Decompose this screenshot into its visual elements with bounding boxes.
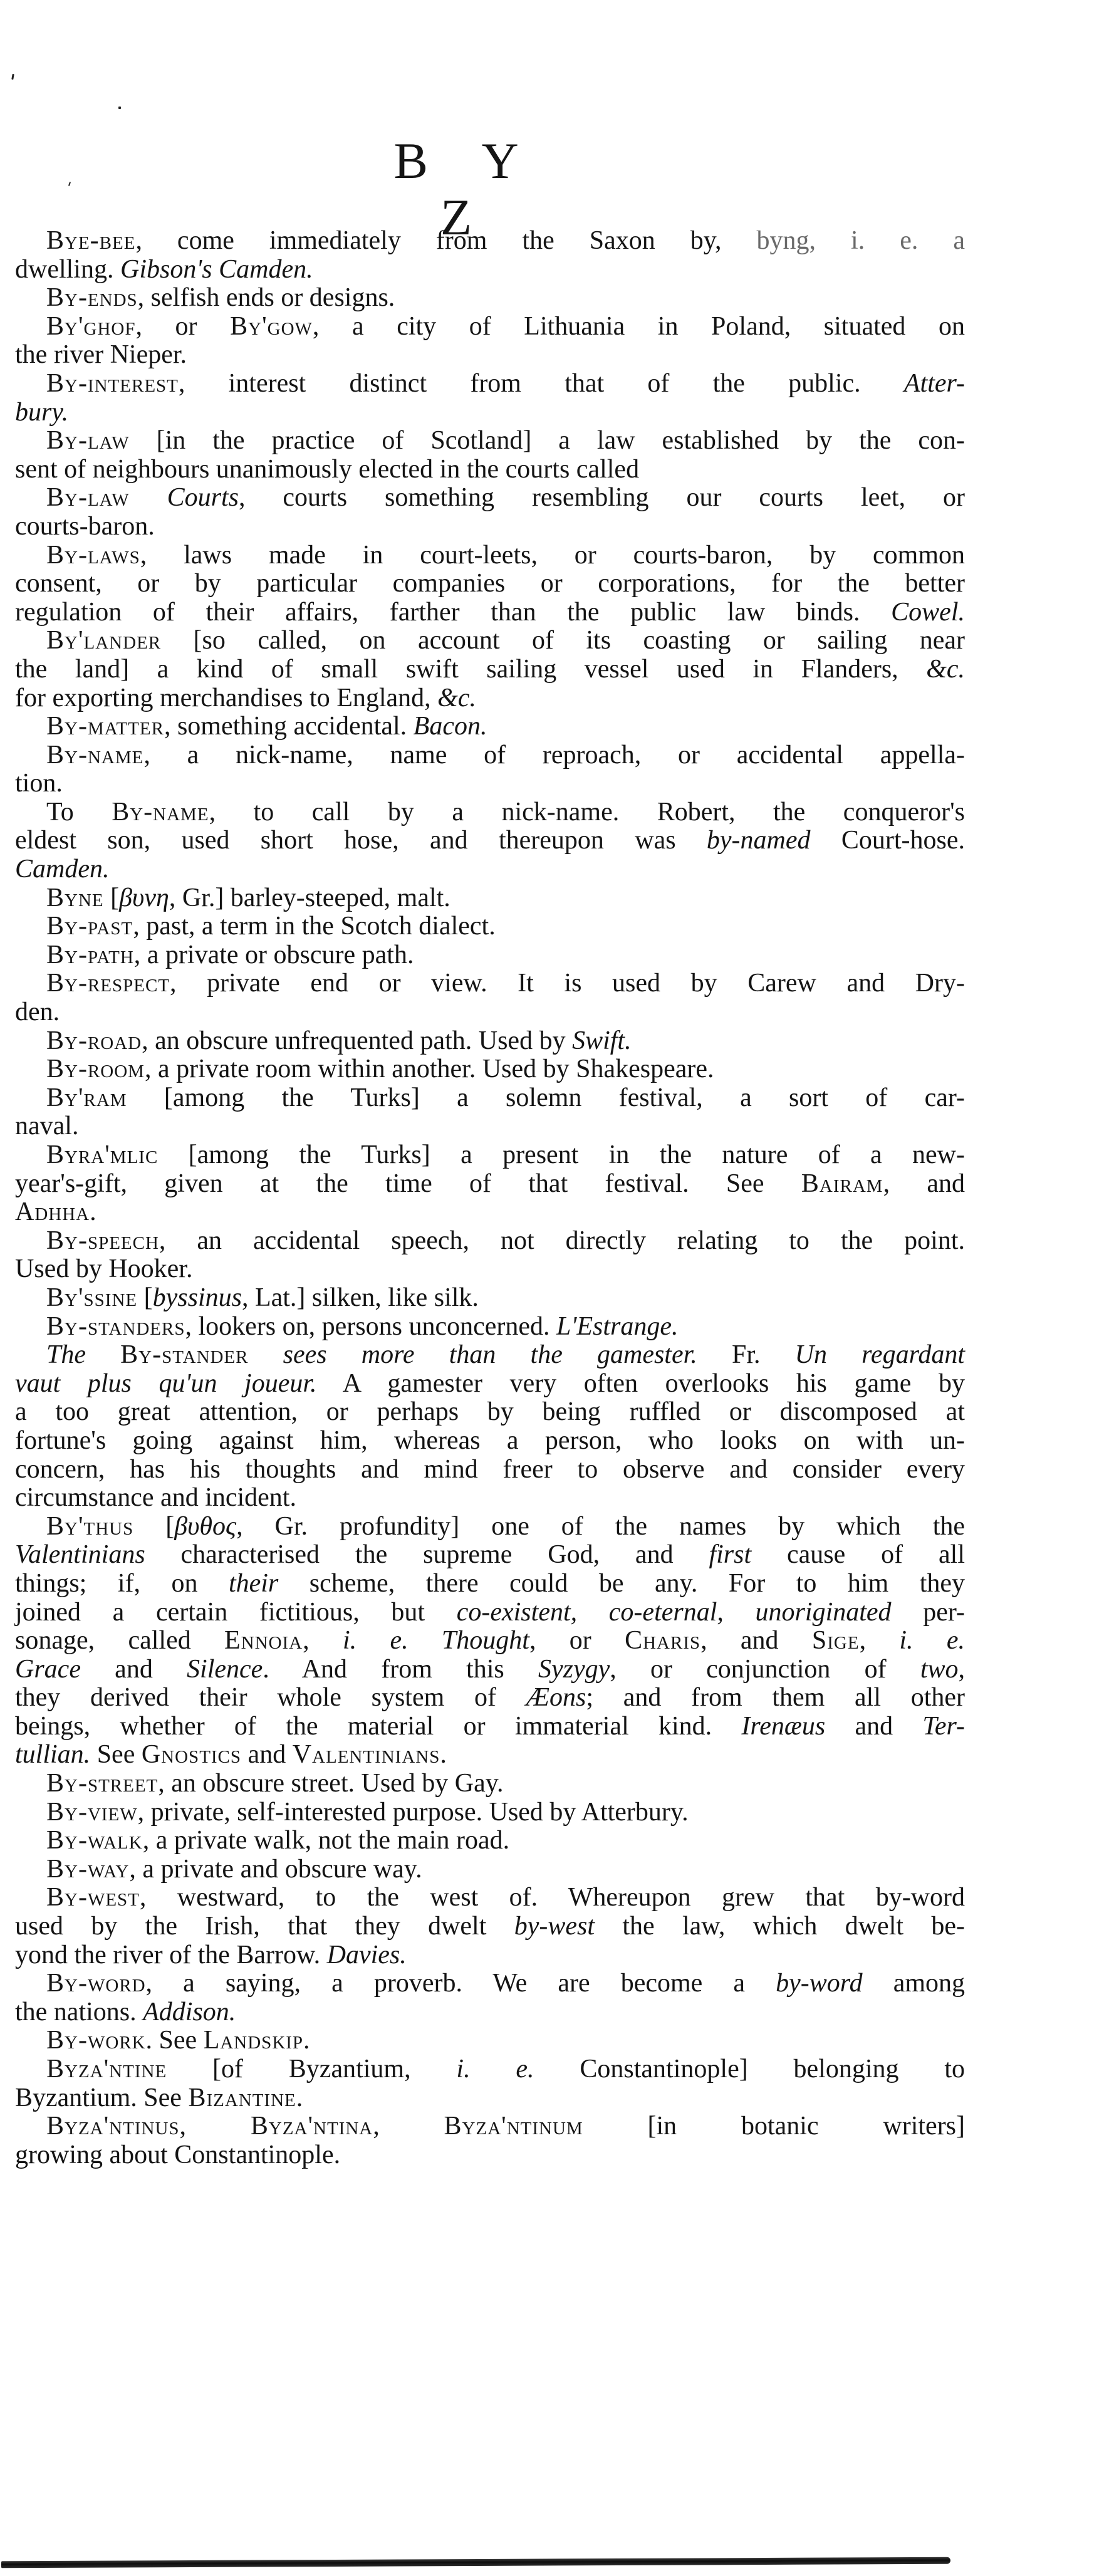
text-line: By'thus [βυθος, Gr. profundity] one of t… [15,1513,965,1541]
italic-run: Ter- [922,1712,965,1741]
text-run: the land] a kind of small swift sailing … [15,655,926,684]
dictionary-entry: By'ram [among the Turks] a solemn festiv… [15,1084,965,1141]
italic-run: &c. [926,655,965,684]
text-line: By-speech, an accidental speech, not dir… [15,1227,965,1256]
dictionary-entry: By-interest, interest distinct from that… [15,370,965,427]
italic-run: Cowel. [891,598,965,627]
text-line: sonage, called Ennoia, i. e. Thought, or… [15,1627,965,1656]
text-run: , a city of Lithuania in Poland, situate… [313,312,965,341]
text-line: used by the Irish, that they dwelt by-we… [15,1912,965,1941]
dictionary-entry: Byza'ntinus, Byza'ntina, Byza'ntinum [in… [15,2112,965,2169]
text-line: courts-baron. [15,513,965,541]
text-line: growing about Constantinople. [15,2141,965,2170]
text-line: regulation of their affairs, farther tha… [15,598,965,627]
headword: Sige [812,1626,860,1655]
text-run: , come immediately from the Saxon by, [135,226,756,255]
text-run: joined a certain fictitious, but [15,1598,457,1627]
scan-speck [68,182,71,186]
dictionary-entry: Byra'mlic [among the Turks] a present in… [15,1141,965,1227]
text-run: , an obscure street. Used by Gay. [158,1769,503,1798]
headword: Byne [46,884,104,912]
headword: By-walk [46,1826,143,1855]
text-run: . And from this [263,1655,538,1684]
dictionary-entry: By-road, an obscure unfrequented path. U… [15,1027,965,1056]
text-line: By-interest, interest distinct from that… [15,370,965,399]
italic-run: Addison. [143,1998,236,2026]
headword: By-way [46,1855,129,1884]
headword: Byza'ntinus [46,2112,180,2141]
text-run: and [825,1712,922,1741]
text-line: bury. [15,399,965,427]
dictionary-entry: Byza'ntine [of Byzantium, i. e. Constant… [15,2055,965,2112]
dictionary-entry: By-ends, selfish ends or designs. [15,284,965,313]
text-line: By-past, past, a term in the Scotch dial… [15,912,965,941]
text-run: , courts something resembling our courts… [239,483,965,512]
text-run: , lookers on, persons unconcerned. [185,1312,556,1341]
text-line: To By-name, to call by a nick-name. Robe… [15,798,965,827]
text-run: , and [700,1626,812,1655]
text-run: courts-baron. [15,512,155,541]
text-run: , laws made in court-leets, or courts-ba… [140,541,965,570]
dictionary-entry: By-name, a nick-name, name of reproach, … [15,741,965,798]
italic-run: i. e. [456,2055,534,2083]
text-line: Adhha. [15,1198,965,1227]
text-run: growing about Constantinople. [15,2141,340,2169]
text-line: By-view, private, self-interested purpos… [15,1798,965,1827]
headword: By'ssine [46,1283,137,1312]
headword: Ennoia [224,1626,303,1655]
italic-run: Un regardant [795,1340,965,1369]
text-run: [so called, on account of its coasting o… [161,626,965,655]
text-run: the river Nieper. [15,340,187,369]
text-line: Valentinians characterised the supreme G… [15,1541,965,1570]
text-run: beings, whether of the material or immat… [15,1712,741,1741]
dictionary-entry: By-walk, a private walk, not the main ro… [15,1827,965,1855]
text-run: , an obscure unfrequented path. Used by [142,1026,572,1055]
text-line: joined a certain fictitious, but co-exis… [15,1598,965,1627]
text-line: tion. [15,769,965,798]
italic-run: Gibson's Camden. [120,255,313,284]
headword: By'thus [46,1512,133,1541]
text-run: , private, self-interested purpose. Used… [138,1798,689,1827]
headword: By-name [112,798,209,827]
text-run: eldest son, used short hose, and thereup… [15,826,707,855]
text-line: dwelling. Gibson's Camden. [15,256,965,284]
text-run: , a saying, a proverb. We are become a [146,1969,776,1998]
text-line: By-way, a private and obscure way. [15,1855,965,1884]
text-run: tion. [15,769,63,798]
headword: By-work [46,2026,146,2055]
dictionary-entry: By-law [in the practice of Scotland] a l… [15,427,965,484]
dictionary-entry: By-view, private, self-interested purpos… [15,1798,965,1827]
italic-run: by-west [514,1912,595,1941]
text-line: year's-gift, given at the time of that f… [15,1170,965,1199]
text-line: By-ends, selfish ends or designs. [15,284,965,313]
scan-speck [11,74,14,80]
text-run: the law, which dwelt be- [595,1912,965,1941]
dictionary-entry: By'ssine [byssinus, Lat.] silken, like s… [15,1284,965,1313]
text-line: Used by Hooker. [15,1255,965,1284]
text-run: , a private walk, not the main road. [143,1826,509,1855]
italic-run: i. e. Thought [343,1626,529,1655]
text-run: sent of neighbours unanimously elected i… [15,455,639,484]
dictionary-entry: By-standers, lookers on, persons unconce… [15,1313,965,1342]
italic-run: i. e. [899,1626,965,1655]
text-run: and [241,1740,293,1769]
text-line: naval. [15,1112,965,1141]
headword: By-street [46,1769,158,1798]
text-line: Grace and Silence. And from this Syzygy,… [15,1656,965,1684]
italic-run: vaut plus qu'un joueur. [15,1369,317,1398]
headword: By-law [46,426,130,455]
dictionary-entry: To By-name, to call by a nick-name. Robe… [15,798,965,884]
dictionary-entry: By-path, a private or obscure path. [15,941,965,970]
text-run: , [860,1626,900,1655]
headword: By-word [46,1969,146,1998]
headword: By-west [46,1883,140,1912]
text-line: By-street, an obscure street. Used by Ga… [15,1770,965,1798]
scan-speck [118,107,121,109]
headword: By-stander [120,1340,248,1369]
italic-run: co-existent, co-eternal, unoriginated [457,1598,892,1627]
italic-run: Davies. [327,1941,407,1969]
text-run: Fr. [697,1340,795,1369]
headword: Byra'mlic [46,1140,158,1169]
headword: By-past [46,912,133,941]
text-run: , past, a term in the Scotch dialect. [133,912,495,941]
italic-run: Silence [187,1655,263,1684]
text-run: fortune's going against him, whereas a p… [15,1426,965,1455]
text-line: By-work. See Landskip. [15,2026,965,2055]
dictionary-entry: By-west, westward, to the west of. Where… [15,1884,965,1969]
text-line: things; if, on their scheme, there could… [15,1570,965,1598]
text-line: a too great attention, or perhaps by bei… [15,1398,965,1427]
text-run: [ [137,1283,153,1312]
text-line: tullian. See Gnostics and Valentinians. [15,1741,965,1770]
headword: Charis [625,1626,700,1655]
text-line: beings, whether of the material or immat… [15,1713,965,1741]
text-line: fortune's going against him, whereas a p… [15,1427,965,1456]
text-line: Byza'ntine [of Byzantium, i. e. Constant… [15,2055,965,2084]
text-line: den. [15,998,965,1027]
text-run: yond the river of the Barrow. [15,1941,327,1969]
text-run: concern, has his thoughts and mind freer… [15,1455,965,1484]
italic-run: Bacon. [414,712,487,741]
headword: By-speech [46,1226,159,1255]
headword: By-view [46,1798,138,1827]
text-line: By-path, a private or obscure path. [15,941,965,970]
headword: By'ram [46,1083,127,1112]
text-run: . See [146,2026,204,2055]
text-run: , a nick-name, name of reproach, or acci… [143,741,965,769]
italic-run: Grace [15,1655,81,1684]
text-run: , selfish ends or designs. [138,283,395,312]
headword: By-interest [46,369,179,398]
text-run: , Gr. profundity] one of the names by wh… [236,1512,965,1541]
text-line: Byra'mlic [among the Turks] a present in… [15,1141,965,1170]
text-line: By-word, a saying, a proverb. We are bec… [15,1969,965,1998]
text-run: sonage, called [15,1626,224,1655]
italic-run: bury. [15,398,68,427]
text-line: Bye-bee, come immediately from the Saxon… [15,227,965,256]
text-run: , [303,1626,343,1655]
text-line: By-respect, private end or view. It is u… [15,969,965,998]
text-run: they derived their whole system of [15,1683,526,1712]
italic-run: Syzygy [538,1655,610,1684]
text-run: , Lat.] silken, like silk. [242,1283,479,1312]
headword: Bizantine. [188,2083,303,2112]
text-run: den. [15,998,60,1026]
text-run: , [373,2112,444,2141]
text-line: By-laws, laws made in court-leets, or co… [15,541,965,570]
text-line: yond the river of the Barrow. Davies. [15,1941,965,1970]
headword: By-standers [46,1312,185,1341]
text-run: characterised the supreme God, and [145,1540,709,1569]
text-run: naval. [15,1112,78,1140]
italic-run: sees more than the gamester. [249,1340,697,1369]
text-run: , interest distinct from that of the pub… [179,369,904,398]
headword: By-room [46,1055,145,1083]
text-run: , or [529,1626,625,1655]
dictionary-entry: By-room, a private room within another. … [15,1055,965,1084]
headword: Byza'ntinum [444,2112,583,2141]
text-run: used by the Irish, that they dwelt [15,1912,514,1941]
headword: Byza'ntina [251,2112,373,2141]
italic-run: Valentinians [15,1540,145,1569]
italic-run: two [920,1655,959,1684]
text-run: , westward, to the west of. Whereupon gr… [140,1883,965,1912]
dictionary-entry: By'lander [so called, on account of its … [15,627,965,712]
text-line: The By-stander sees more than the gamest… [15,1341,965,1370]
text-run: , an accidental speech, not directly rel… [159,1226,965,1255]
text-line: By-west, westward, to the west of. Where… [15,1884,965,1912]
italic-run: The [46,1340,120,1369]
italic-run: βυνη [119,884,169,912]
text-line: By-matter, something accidental. Bacon. [15,712,965,741]
italic-run: &c. [437,684,476,712]
text-run: [in the practice of Scotland] a law esta… [130,426,965,455]
text-run: dwelling. [15,255,120,284]
text-line: circumstance and incident. [15,1484,965,1513]
headword: By-road [46,1026,142,1055]
text-run: regulation of their affairs, farther tha… [15,598,891,627]
headword: By'ghof [46,312,135,341]
headword: Bye-bee [46,226,135,255]
text-line: By-standers, lookers on, persons unconce… [15,1313,965,1342]
text-line: By-law [in the practice of Scotland] a l… [15,427,965,456]
text-run: , [959,1655,965,1684]
text-line: By-room, a private room within another. … [15,1055,965,1084]
italic-run: βυθος [174,1512,236,1541]
text-run: [in botanic writers] [583,2112,965,2141]
headword: Valentinians. [293,1740,447,1769]
dictionary-entry: By-respect, private end or view. It is u… [15,969,965,1026]
text-run: Used by Hooker. [15,1254,192,1283]
text-run: Byzantium. See [15,2083,188,2112]
dictionary-entry: By-work. See Landskip. [15,2026,965,2055]
headword: By-path [46,941,134,969]
dictionary-entry: By-laws, laws made in court-leets, or co… [15,541,965,627]
italic-run: byssinus [153,1283,242,1312]
text-line: By-law Courts, courts something resembli… [15,484,965,513]
text-line: By'ssine [byssinus, Lat.] silken, like s… [15,1284,965,1313]
text-run: To [46,798,112,827]
text-line: concern, has his thoughts and mind freer… [15,1456,965,1484]
text-run: year's-gift, given at the time of that f… [15,1169,801,1198]
text-line: the land] a kind of small swift sailing … [15,655,965,684]
text-run: scheme, there could be any. For to him t… [278,1569,965,1598]
text-run: and [81,1655,187,1684]
text-line: By'ghof, or By'gow, a city of Lithuania … [15,313,965,342]
italic-run: by-word [776,1969,862,1998]
text-line: By'lander [so called, on account of its … [15,627,965,655]
headword: By-law [46,483,130,512]
text-run: , to call by a nick-name. Robert, the co… [209,798,965,827]
text-run: A gamester very often overlooks his game… [317,1369,965,1398]
italic-run: tullian. [15,1740,90,1769]
headword: Landskip. [204,2026,311,2055]
text-run: , or conjunction of [610,1655,920,1684]
dictionary-column: Bye-bee, come immediately from the Saxon… [15,227,965,2169]
italic-run: Atter- [904,369,965,398]
text-run: , a private and obscure way. [129,1855,422,1884]
italic-run: by-named [707,826,811,855]
text-run: , private end or view. It is used by Car… [170,969,965,998]
headword: Bairam [801,1169,883,1198]
headword: By-respect [46,969,170,998]
italic-run: their [229,1569,278,1598]
bottom-rule [1,2557,950,2568]
text-line: By'ram [among the Turks] a solemn festiv… [15,1084,965,1113]
text-run: , or [135,312,230,341]
headword: By-laws [46,541,140,570]
headword: By-name [46,741,143,769]
text-run: , something accidental. [164,712,414,741]
text-run: ; and from them all other [586,1683,965,1712]
dictionary-entry: Byne [βυνη, Gr.] barley-steeped, malt. [15,884,965,913]
italic-run: Swift. [572,1026,632,1055]
text-run: byng, i. e. a [757,226,965,255]
italic-run: L'Estrange. [556,1312,679,1341]
text-run: among [863,1969,965,1998]
text-run: See [90,1740,142,1769]
text-line: By-name, a nick-name, name of reproach, … [15,741,965,770]
text-line: Byzantium. See Bizantine. [15,2084,965,2113]
text-line: consent, or by particular companies or c… [15,570,965,598]
italic-run: Irenæus [741,1712,825,1741]
italic-run: Æons [526,1683,586,1712]
text-run: , Gr.] barley-steeped, malt. [169,884,450,912]
text-run: cause of all [751,1540,965,1569]
text-run: [among the Turks] a solemn festival, a s… [127,1083,965,1112]
dictionary-entry: By-way, a private and obscure way. [15,1855,965,1884]
text-line: sent of neighbours unanimously elected i… [15,456,965,484]
dictionary-entry: By-matter, something accidental. Bacon. [15,712,965,741]
text-run: the nations. [15,1998,143,2026]
text-line: they derived their whole system of Æons;… [15,1684,965,1713]
text-run: , and [883,1169,965,1198]
text-run: [ [104,884,120,912]
dictionary-entry: By'thus [βυθος, Gr. profundity] one of t… [15,1513,965,1770]
text-run: Court-hose. [811,826,965,855]
headword: Adhha. [15,1197,97,1226]
dictionary-entry: By-law Courts, courts something resembli… [15,484,965,541]
headword: By'gow [230,312,313,341]
headword: By'lander [46,626,161,655]
text-run: circumstance and incident. [15,1483,296,1512]
text-line: Camden. [15,855,965,884]
text-run: , a private room within another. Used by… [145,1055,714,1083]
text-run: , [180,2112,251,2141]
text-line: the nations. Addison. [15,1998,965,2027]
dictionary-entry: By-speech, an accidental speech, not dir… [15,1227,965,1284]
text-run: things; if, on [15,1569,229,1598]
text-line: for exporting merchandises to England, &… [15,684,965,713]
text-line: By-road, an obscure unfrequented path. U… [15,1027,965,1056]
headword: Gnostics [142,1740,241,1769]
italic-run: Courts [130,483,239,512]
text-run: [among the Turks] a present in the natur… [158,1140,965,1169]
text-line: the river Nieper. [15,341,965,370]
text-line: Byza'ntinus, Byza'ntina, Byza'ntinum [in… [15,2112,965,2141]
text-run: a too great attention, or perhaps by bei… [15,1397,965,1426]
headword: By-matter [46,712,164,741]
dictionary-entry: By'ghof, or By'gow, a city of Lithuania … [15,313,965,370]
italic-run: Camden. [15,855,110,884]
dictionary-entry: Bye-bee, come immediately from the Saxon… [15,227,965,284]
italic-run: first [709,1540,751,1569]
dictionary-entry: The By-stander sees more than the gamest… [15,1341,965,1513]
text-line: eldest son, used short hose, and thereup… [15,827,965,855]
text-line: vaut plus qu'un joueur. A gamester very … [15,1370,965,1399]
dictionary-entry: By-street, an obscure street. Used by Ga… [15,1770,965,1798]
text-run: for exporting merchandises to England, [15,684,437,712]
text-run: [of Byzantium, [167,2055,456,2083]
text-run: [ [133,1512,174,1541]
text-run: per- [892,1598,965,1627]
headword: By-ends [46,283,138,312]
headword: Byza'ntine [46,2055,167,2083]
text-run: , a private or obscure path. [134,941,414,969]
text-run: Constantinople] belonging to [534,2055,965,2083]
dictionary-entry: By-word, a saying, a proverb. We are bec… [15,1969,965,2026]
text-line: Byne [βυνη, Gr.] barley-steeped, malt. [15,884,965,913]
text-line: By-walk, a private walk, not the main ro… [15,1827,965,1855]
text-run: consent, or by particular companies or c… [15,569,965,598]
dictionary-entry: By-past, past, a term in the Scotch dial… [15,912,965,941]
